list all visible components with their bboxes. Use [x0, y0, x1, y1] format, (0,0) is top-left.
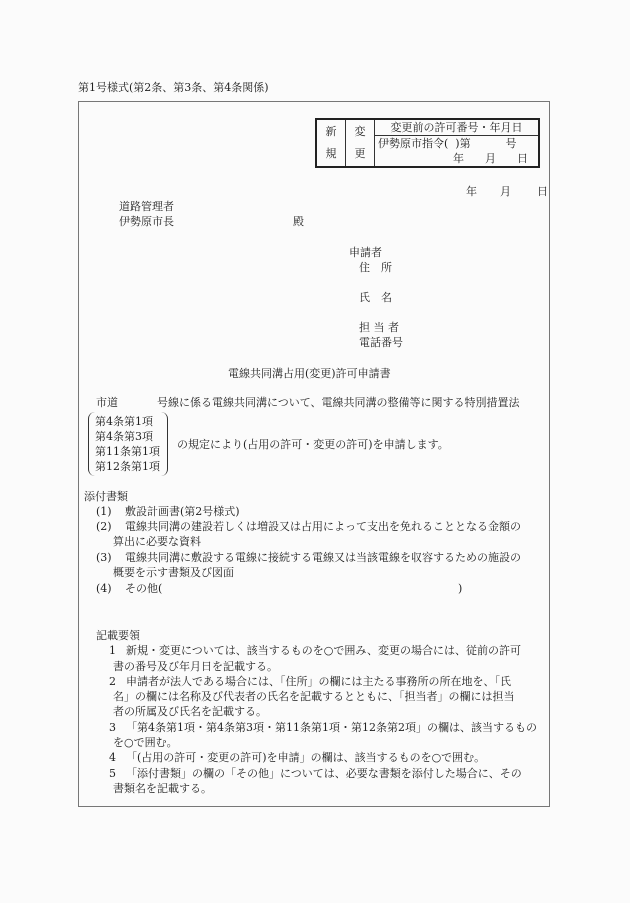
attachments-heading: 添付書類 [84, 491, 128, 502]
new-cell[interactable]: 新 規 [316, 119, 346, 167]
date-year: 年 [466, 186, 477, 197]
applicant-name-label: 氏 名 [359, 292, 392, 303]
road-text: 号線に係る電線共同溝について、電線共同溝の整備等に関する特別措置法 [157, 397, 520, 408]
applicant-contact-label: 担 当 者 [359, 322, 399, 333]
change-cell[interactable]: 変 更 [346, 119, 375, 167]
article-option[interactable]: 第4条第3項 [95, 429, 160, 444]
applicant-address-label: 住 所 [359, 262, 392, 273]
addressee-line1: 道路管理者 [119, 201, 174, 212]
road-prefix: 市道 [96, 397, 118, 408]
instructions-heading: 記載要領 [96, 630, 140, 641]
previous-permit-field[interactable]: 伊勢原市指令( )第 号 年 月 日 [375, 136, 540, 168]
addressee-line2: 伊勢原市長 [119, 216, 174, 227]
attachment-item: (1) 敷設計画書(第2号様式) [96, 506, 112, 517]
applicant-phone-label: 電話番号 [359, 337, 403, 348]
article-option[interactable]: 第4条第1項 [95, 414, 160, 429]
attachment-item-other: (4) その他( [96, 583, 112, 594]
applicant-label: 申請者 [349, 247, 382, 258]
honorific: 殿 [293, 216, 304, 227]
date-month: 月 [500, 186, 511, 197]
permit-box: 新 規 変 更 変更前の許可番号・年月日 伊勢原市指令( )第 号 年 月 日 [315, 118, 540, 168]
previous-permit-header: 変更前の許可番号・年月日 [375, 119, 540, 136]
article-option[interactable]: 第11条第1項 [95, 444, 160, 459]
articles-list: 第4条第1項 第4条第3項 第11条第1項 第12条第1項 [95, 414, 160, 474]
request-text: の規定により(占用の許可・変更の許可)を申請します。 [177, 439, 449, 450]
other-attachment-field[interactable] [178, 581, 453, 595]
document-title: 電線共同溝占用(変更)許可申請書 [228, 368, 391, 379]
form-label: 第1号様式(第2条、第3条、第4条関係) [78, 82, 269, 93]
article-option[interactable]: 第12条第1項 [95, 459, 160, 474]
date-day: 日 [537, 186, 548, 197]
attachment-item: (3) 電線共同溝に敷設する電線に接続する電線又は当該電線を収容するための施設の [96, 552, 112, 563]
attachment-item: (2) 電線共同溝の建設若しくは増設又は占用によって支出を免れることとなる金額の [96, 521, 112, 532]
